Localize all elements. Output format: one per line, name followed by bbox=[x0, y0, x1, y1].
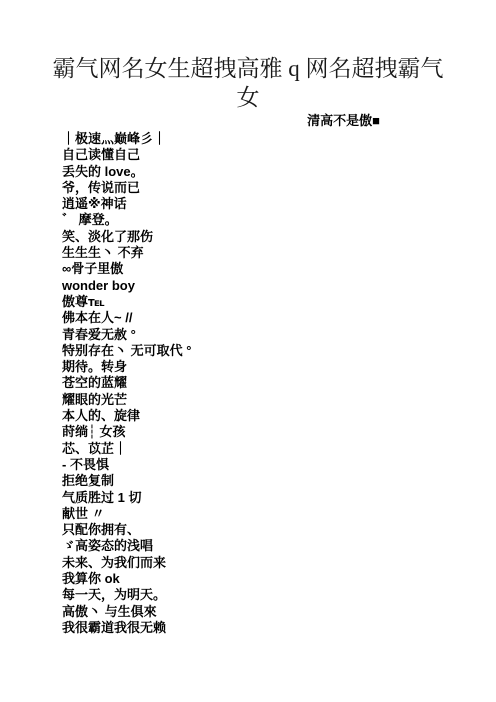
list-item: 笑、淡化了那伤 bbox=[62, 229, 496, 245]
list-item: 生生生丶 不弃 bbox=[62, 245, 496, 261]
list-item: 莳绱┆ 女孩 bbox=[62, 424, 496, 440]
list-item: 我很霸道我很无赖 bbox=[62, 620, 496, 636]
list-item: ∞骨子里傲 bbox=[62, 261, 496, 277]
list-item: ゛ 摩登。 bbox=[62, 212, 496, 228]
list-item: 耀眼的光芒 bbox=[62, 392, 496, 408]
list-item: 拒绝复制 bbox=[62, 473, 496, 489]
list-item: wonder boy bbox=[62, 278, 496, 294]
list-item: 只配你拥有、 bbox=[62, 522, 496, 538]
list-item: 未来、为我们而来 bbox=[62, 555, 496, 571]
list-item: 青春爱无赦 ° bbox=[62, 327, 496, 343]
list-item: 献世 〃 bbox=[62, 506, 496, 522]
list-item: 丢失的 love。 bbox=[62, 164, 496, 180]
list-item: 佛本在人~ // bbox=[62, 310, 496, 326]
page-title: 霸气网名女生超拽高雅 q 网名超拽霸气女 bbox=[0, 54, 496, 112]
list-item: 逍遥※神话 bbox=[62, 196, 496, 212]
list-item: - 不畏惧 bbox=[62, 457, 496, 473]
list-item: 期待。转身 bbox=[62, 359, 496, 375]
nickname-list: ｜极速灬巅峰彡｜自己读懂自己丢失的 love。爷，传说而已逍遥※神话゛ 摩登。笑… bbox=[62, 131, 496, 636]
list-item: ゞ高姿态的浅唱 bbox=[62, 538, 496, 554]
document-page: 霸气网名女生超拽高雅 q 网名超拽霸气女 清高不是傲■ ｜极速灬巅峰彡｜自己读懂… bbox=[0, 0, 496, 702]
list-item: 傲尊℡ bbox=[62, 294, 496, 310]
list-item: 本人的、旋律 bbox=[62, 408, 496, 424]
list-item: 苍空的蓝耀 bbox=[62, 375, 496, 391]
list-item: ｜极速灬巅峰彡｜ bbox=[62, 131, 496, 147]
list-item: 气质胜过 1 切 bbox=[62, 490, 496, 506]
list-item: 我算你 ok bbox=[62, 571, 496, 587]
list-item: 芯、苡芷｜ bbox=[62, 441, 496, 457]
list-item: 每一天，为明天。 bbox=[62, 587, 496, 603]
list-item: 高傲丶 与生俱來 bbox=[62, 604, 496, 620]
list-item: 特别存在丶 无可取代 ° bbox=[62, 343, 496, 359]
list-item: 爷，传说而已 bbox=[62, 180, 496, 196]
subtitle: 清高不是傲■ bbox=[0, 113, 496, 129]
list-item: 自己读懂自己 bbox=[62, 147, 496, 163]
